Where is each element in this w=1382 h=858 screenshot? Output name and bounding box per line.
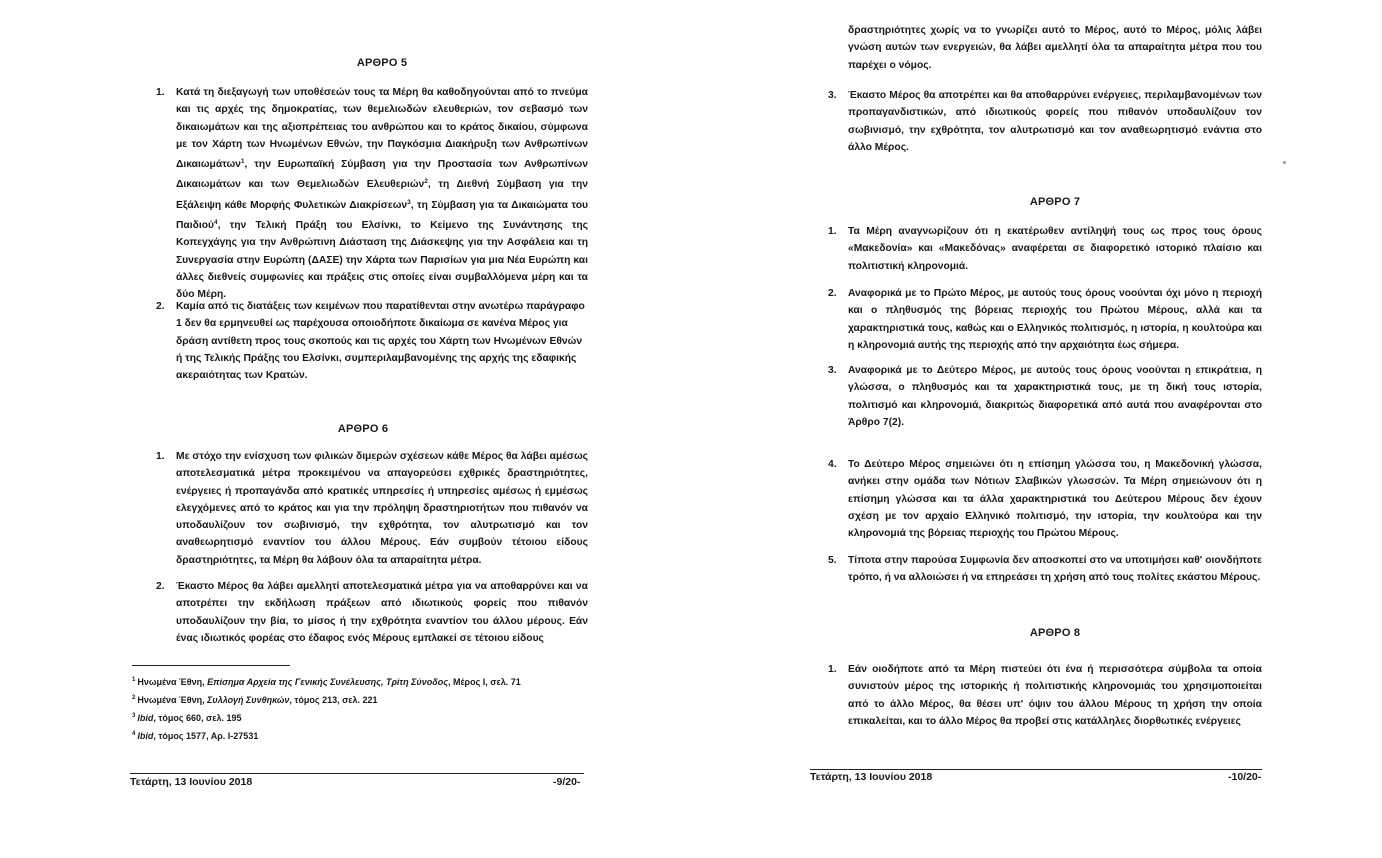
article-6-heading: ΑΡΘΡΟ 6	[176, 423, 550, 435]
footnote-2: 2Ηνωμένα Έθνη, Συλλογή Συνθηκών, τόμος 2…	[132, 690, 521, 708]
paragraph-number: 1.	[828, 661, 837, 678]
paragraph-number: 3.	[828, 362, 837, 379]
page-number: -9/20-	[553, 776, 580, 788]
paragraph-number: 1.	[156, 84, 165, 101]
footnote-1: 1Ηνωμένα Έθνη, Επίσημα Αρχεία της Γενική…	[132, 672, 521, 690]
paragraph-number: 5.	[828, 552, 837, 569]
article-7-heading: ΑΡΘΡΟ 7	[848, 196, 1262, 208]
page-10: δραστηριότητες χωρίς να το γνωρίζει αυτό…	[690, 0, 1382, 858]
footnote-4: 4Ibid, τόμος 1577, Αρ. Ι-27531	[132, 726, 521, 744]
footer-date: Τετάρτη, 13 Ιουνίου 2018	[130, 776, 252, 788]
paragraph-text: , την Τελική Πράξη του Ελσίνκι, το Κείμε…	[176, 220, 588, 300]
paragraph-text: Καμία από τις διατάξεις των κειμένων που…	[176, 301, 585, 381]
paragraph-text: Αναφορικά με το Δεύτερο Μέρος, με αυτούς…	[848, 365, 1262, 428]
article-5-paragraph-1: 1. Κατά τη διεξαγωγή των υποθέσεών τους …	[176, 84, 588, 304]
paragraph-text: Εάν οιοδήποτε από τα Μέρη πιστεύει ότι έ…	[848, 664, 1262, 727]
article-7-paragraph-3: 3. Αναφορικά με το Δεύτερο Μέρος, με αυτ…	[848, 362, 1262, 431]
paragraph-number: 3.	[828, 87, 837, 104]
scan-speck	[1283, 161, 1286, 164]
paragraph-text: Έκαστο Μέρος θα αποτρέπει και θα αποθαρρ…	[848, 90, 1262, 153]
paragraph-text: Έκαστο Μέρος θα λάβει αμελλητί αποτελεσμ…	[176, 581, 588, 644]
footnotes: 1Ηνωμένα Έθνη, Επίσημα Αρχεία της Γενική…	[132, 672, 521, 744]
article-5-heading: ΑΡΘΡΟ 5	[176, 57, 588, 69]
paragraph-number: 2.	[828, 285, 837, 302]
paragraph-text: Τα Μέρη αναγνωρίζουν ότι η εκατέρωθεν αν…	[848, 226, 1262, 272]
paragraph-text: Το Δεύτερο Μέρος σημειώνει ότι η επίσημη…	[848, 459, 1262, 539]
footer-date: Τετάρτη, 13 Ιουνίου 2018	[810, 771, 932, 783]
paragraph-text: Τίποτα στην παρούσα Συμφωνία δεν αποσκοπ…	[848, 555, 1262, 583]
article-7-paragraph-2: 2. Αναφορικά με το Πρώτο Μέρος, με αυτού…	[848, 285, 1262, 354]
article-6-paragraph-2: 2. Έκαστο Μέρος θα λάβει αμελλητί αποτελ…	[176, 578, 588, 647]
paragraph-number: 2.	[156, 578, 165, 595]
paragraph-text: δραστηριότητες χωρίς να το γνωρίζει αυτό…	[848, 25, 1262, 71]
paragraph-text: Με στόχο την ενίσχυση των φιλικών διμερώ…	[176, 451, 588, 566]
article-7-paragraph-5: 5. Τίποτα στην παρούσα Συμφωνία δεν αποσ…	[848, 552, 1262, 587]
article-8-heading: ΑΡΘΡΟ 8	[848, 627, 1262, 639]
paragraph-text: Κατά τη διεξαγωγή των υποθέσεών τους τα …	[176, 87, 588, 170]
footnote-3: 3Ibid, τόμος 660, σελ. 195	[132, 708, 521, 726]
article-6-paragraph-3: 3. Έκαστο Μέρος θα αποτρέπει και θα αποθ…	[848, 87, 1262, 156]
footnote-divider	[132, 665, 290, 666]
page-9: ΑΡΘΡΟ 5 1. Κατά τη διεξαγωγή των υποθέσε…	[0, 0, 690, 858]
footer-divider	[810, 769, 1262, 770]
page-number: -10/20-	[1228, 771, 1261, 783]
article-6-paragraph-2-continued: δραστηριότητες χωρίς να το γνωρίζει αυτό…	[848, 22, 1262, 74]
paragraph-number: 2.	[156, 298, 165, 315]
paragraph-number: 1.	[156, 448, 165, 465]
article-6-paragraph-1: 1. Με στόχο την ενίσχυση των φιλικών διμ…	[176, 448, 588, 569]
footer-divider	[130, 773, 584, 774]
paragraph-number: 1.	[828, 223, 837, 240]
article-5-paragraph-2: 2. Καμία από τις διατάξεις των κειμένων …	[176, 298, 588, 384]
paragraph-text: Αναφορικά με το Πρώτο Μέρος, με αυτούς τ…	[848, 288, 1262, 351]
article-7-paragraph-1: 1. Τα Μέρη αναγνωρίζουν ότι η εκατέρωθεν…	[848, 223, 1262, 275]
paragraph-number: 4.	[828, 456, 837, 473]
article-7-paragraph-4: 4. Το Δεύτερο Μέρος σημειώνει ότι η επίσ…	[848, 456, 1262, 542]
article-8-paragraph-1: 1. Εάν οιοδήποτε από τα Μέρη πιστεύει ότ…	[848, 661, 1262, 730]
